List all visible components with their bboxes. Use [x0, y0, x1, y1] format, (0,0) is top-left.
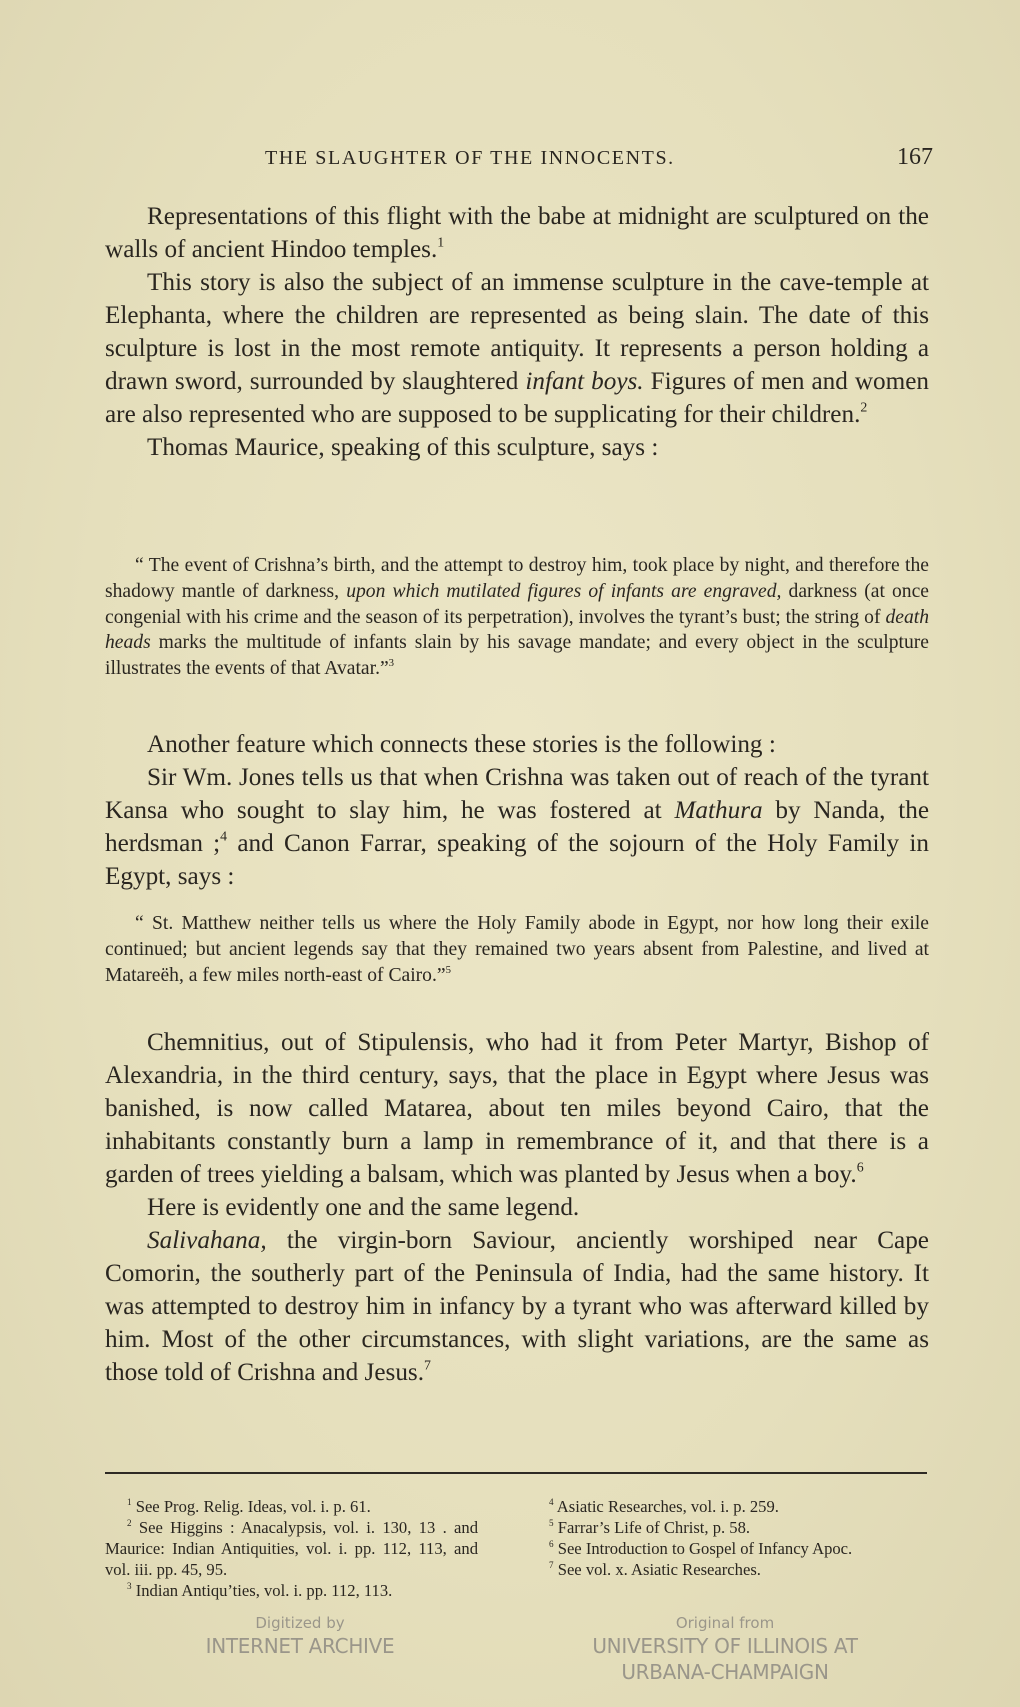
footnote-ref: 5: [446, 964, 451, 976]
footnote-ref: 6: [857, 1160, 864, 1175]
page-number: 167: [897, 144, 933, 171]
paragraph-7: Here is evidently one and the same legen…: [105, 1191, 929, 1224]
body-block-3: Chemnitius, out of Stipulensis, who had …: [105, 1026, 929, 1389]
footnote-1: 1 See Prog. Relig. Ideas, vol. i. p. 61.: [105, 1496, 478, 1517]
footnotes-right: 4 Asiatic Researches, vol. i. p. 259. 5 …: [527, 1496, 919, 1580]
footnote-3: 3 Indian Antiqu’ties, vol. i. pp. 112, 1…: [105, 1580, 478, 1601]
footnote-divider: [105, 1472, 927, 1474]
footnote-ref: 2: [860, 400, 867, 415]
paragraph-3: Thomas Maurice, speaking of this sculptu…: [105, 431, 929, 464]
footnote-6: 6 See Introduction to Gospel of Infancy …: [527, 1538, 919, 1559]
paragraph-8: Salivahana, the virgin-born Saviour, anc…: [105, 1224, 929, 1389]
footnotes-left: 1 See Prog. Relig. Ideas, vol. i. p. 61.…: [105, 1496, 478, 1601]
body-block-2: Another feature which connects these sto…: [105, 728, 929, 893]
footnote-7: 7 See vol. x. Asiatic Researches.: [527, 1559, 919, 1580]
block-quote-2: “ St. Matthew neither tells us where the…: [105, 911, 929, 988]
digitized-by-watermark: Digitized by INTERNET ARCHIVE: [200, 1613, 400, 1659]
footnote-ref: 7: [424, 1358, 431, 1373]
block-quote-1: “ The event of Crishna’s birth, and the …: [105, 553, 929, 682]
footnote-2: 2 See Higgins : Anacalypsis, vol. i. 130…: [105, 1517, 478, 1580]
paragraph-2: This story is also the subject of an imm…: [105, 266, 929, 431]
footnote-ref: 3: [389, 657, 394, 669]
footnote-ref: 1: [437, 235, 444, 250]
book-page: THE SLAUGHTER OF THE INNOCENTS. 167 Repr…: [0, 0, 1020, 1707]
footnote-5: 5 Farrar’s Life of Christ, p. 58.: [527, 1517, 919, 1538]
running-title: THE SLAUGHTER OF THE INNOCENTS.: [265, 147, 675, 170]
paragraph-4: Another feature which connects these sto…: [105, 728, 929, 761]
paragraph-5: Sir Wm. Jones tells us that when Crishna…: [105, 761, 929, 893]
paragraph-6: Chemnitius, out of Stipulensis, who had …: [105, 1026, 929, 1191]
footnote-4: 4 Asiatic Researches, vol. i. p. 259.: [527, 1496, 919, 1517]
body-block-1: Representations of this flight with the …: [105, 200, 929, 464]
paragraph-1: Representations of this flight with the …: [105, 200, 929, 266]
running-head: THE SLAUGHTER OF THE INNOCENTS. 167: [265, 144, 933, 174]
original-from-watermark: Original from UNIVERSITY OF ILLINOIS AT …: [560, 1613, 890, 1685]
